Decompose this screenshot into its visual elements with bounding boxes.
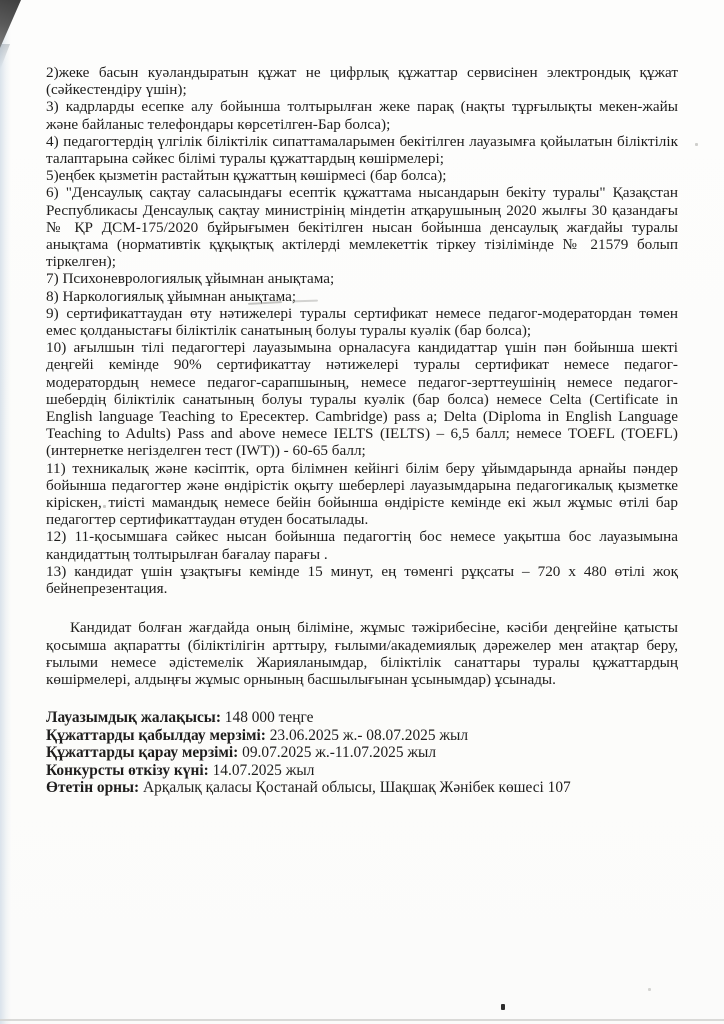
requirement-item-8: 8) Наркологиялық ұйымнан анықтама; <box>46 288 678 305</box>
pencil-scribble-artifact <box>248 299 318 307</box>
documents-review-period-label: Құжаттарды қарау мерзімі: <box>46 744 238 761</box>
scan-corner-shadow <box>0 44 10 70</box>
scan-left-edge-shadow <box>0 0 11 1024</box>
location-label: Өтетін орны: <box>46 779 139 796</box>
ink-speck <box>501 1004 505 1010</box>
scan-dust-speck <box>695 143 698 146</box>
competition-date-value: 14.07.2025 жыл <box>209 762 315 779</box>
pencil-stroke <box>248 301 282 305</box>
competition-date-line: Конкурсты өткізу күні: 14.07.2025 жыл <box>46 762 678 780</box>
scan-dust-speck <box>648 988 651 991</box>
scanned-document-page: 2)жеке басын куәландыратын құжат не цифр… <box>0 0 724 1024</box>
requirement-item-10: 10) ағылшын тілі педагогтері лауазымына … <box>46 339 678 459</box>
requirement-item-3: 3) кадрларды есепке алу бойынша толтырыл… <box>46 98 678 132</box>
requirement-item-4: 4) педагогтердің үлгілік біліктілік сипа… <box>46 133 678 167</box>
requirement-item-5: 5)еңбек қызметін растайтын құжаттың көші… <box>46 167 678 184</box>
vacancy-details-block: Лауазымдық жалақысы: 148 000 теңге Құжат… <box>46 709 678 779</box>
requirement-item-13: 13) кандидат үшін ұзақтығы кемінде 15 ми… <box>46 563 678 597</box>
pencil-stroke <box>292 300 318 303</box>
requirement-item-12: 12) 11-қосымшаға сәйкес нысан бойынша пе… <box>46 528 678 562</box>
documents-acceptance-period-label: Құжаттарды қабылдау мерзімі: <box>46 727 266 744</box>
location-value: Арқалық қаласы Қостанай облысы, Шақшақ Ж… <box>139 779 571 796</box>
scan-dust-speck <box>103 505 106 508</box>
scan-bottom-edge <box>0 1019 724 1021</box>
competition-date-label: Конкурсты өткізу күні: <box>46 762 209 779</box>
salary-value: 148 000 теңге <box>221 709 313 726</box>
requirement-item-6: 6) "Денсаулық сақтау саласындағы есептік… <box>46 184 678 270</box>
location-line: Өтетін орны: Арқалық қаласы Қостанай обл… <box>46 779 678 797</box>
requirement-item-2: 2)жеке басын куәландыратын құжат не цифр… <box>46 64 678 98</box>
salary-line: Лауазымдық жалақысы: 148 000 теңге <box>46 709 678 727</box>
requirement-item-11: 11) техникалық және кәсіптік, орта білім… <box>46 460 678 529</box>
documents-acceptance-period-line: Құжаттарды қабылдау мерзімі: 23.06.2025 … <box>46 727 678 745</box>
salary-label: Лауазымдық жалақысы: <box>46 709 221 726</box>
documents-acceptance-period-value: 23.06.2025 ж.- 08.07.2025 жыл <box>266 727 468 744</box>
documents-review-period-line: Құжаттарды қарау мерзімі: 09.07.2025 ж.-… <box>46 744 678 762</box>
candidate-note-paragraph: Кандидат болған жағдайда оның біліміне, … <box>46 619 678 688</box>
scan-corner-artifact <box>0 0 21 48</box>
requirement-item-9: 9) сертификаттаудан өту нәтижелері турал… <box>46 305 678 339</box>
requirement-item-7: 7) Психоневрологиялық ұйымнан анықтама; <box>46 270 678 287</box>
documents-review-period-value: 09.07.2025 ж.-11.07.2025 жыл <box>238 744 436 761</box>
document-content: 2)жеке басын куәландыратын құжат не цифр… <box>46 64 678 797</box>
